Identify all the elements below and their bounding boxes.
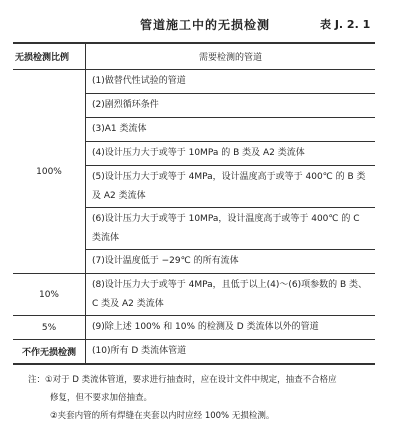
ratio-5: 5% [13,316,86,340]
table-row: 不作无损检测 (10)所有 D 类流体管道 [13,340,375,364]
row-4: (4)设计压力大于或等于 10MPa 的 B 类及 A2 类流体 [86,142,376,166]
note-1-cont: 修复，但不要求加倍抽查。 [50,389,152,407]
header-row: 无损检测比例 需要检测的管道 [13,43,375,70]
table-title-bar: 管道施工中的无损检测 表 J. 2. 1 [0,16,400,36]
row-9: (9)除上述 100% 和 10% 的检测及 D 类流体以外的管道 [86,316,376,340]
header-ratio: 无损检测比例 [13,43,86,70]
row-10: (10)所有 D 类流体管道 [86,340,376,364]
ratio-none: 不作无损检测 [13,340,86,364]
table-row: 10% (8)设计压力大于或等于 4MPa，且低于以上(4)～(6)项参数的 B… [13,274,375,316]
note-2: ②夹套内管的所有焊缝在夹套以内时应经 100% 无损检测。 [50,407,274,425]
row-6: (6)设计压力大于或等于 10MPa，设计温度高于或等于 400℃ 的 C 类流… [86,208,376,250]
ratio-100: 100% [13,70,86,274]
row-7: (7)设计温度低于 −29℃ 的所有流体 [86,250,376,274]
header-pipes: 需要检测的管道 [86,43,376,70]
table-title: 管道施工中的无损检测 [140,16,270,33]
table-number: 表 J. 2. 1 [320,16,370,32]
row-3: (3)A1 类流体 [86,118,376,142]
table-row: 5% (9)除上述 100% 和 10% 的检测及 D 类流体以外的管道 [13,316,375,340]
table-row: 100% (1)做替代性试验的管道 [13,70,375,94]
ratio-10: 10% [13,274,86,316]
row-2: (2)剧烈循环条件 [86,94,376,118]
row-1: (1)做替代性试验的管道 [86,70,376,94]
ndt-table: 无损检测比例 需要检测的管道 100% (1)做替代性试验的管道 (2)剧烈循环… [13,42,375,365]
note-1: 注：①对于 D 类流体管道，要求进行抽查时，应在设计文件中规定，抽查不合格应 [28,371,337,389]
row-8: (8)设计压力大于或等于 4MPa，且低于以上(4)～(6)项参数的 B 类、C… [86,274,376,316]
row-5: (5)设计压力大于或等于 4MPa，设计温度高于或等于 400℃ 的 B 类及 … [86,166,376,208]
